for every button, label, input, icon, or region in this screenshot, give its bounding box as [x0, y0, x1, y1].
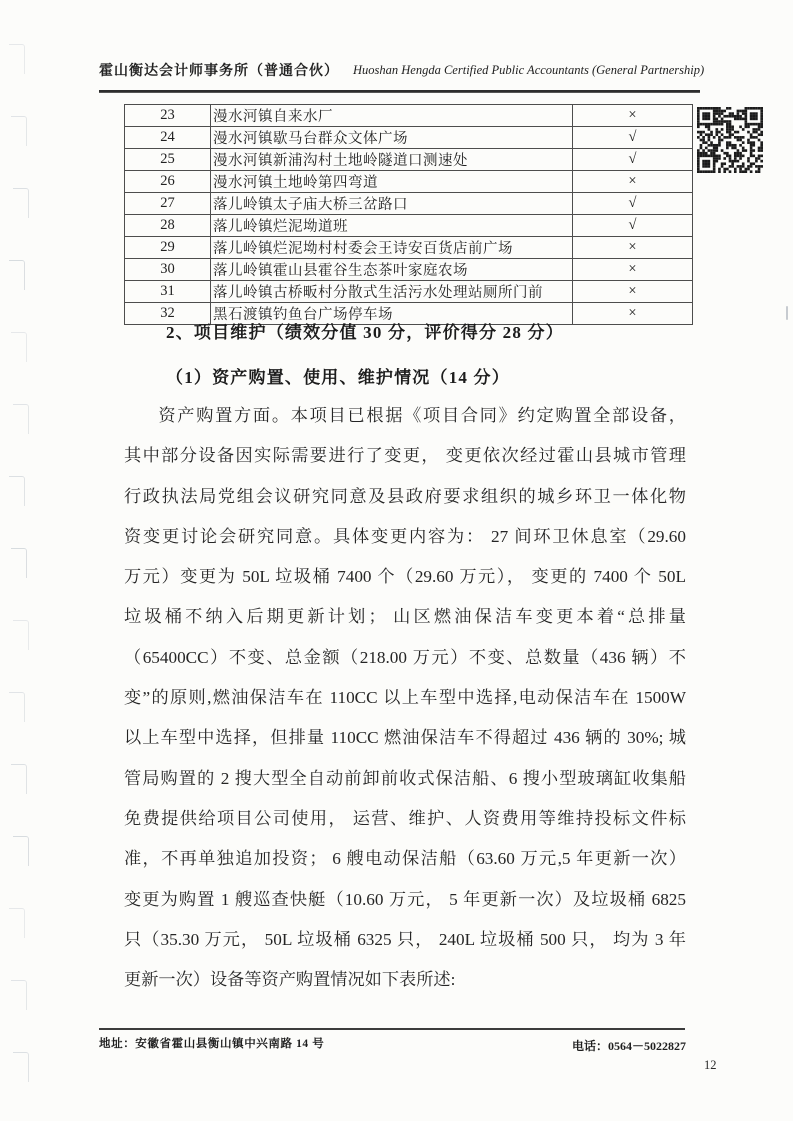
- table-row: 23漫水河镇自来水厂×: [125, 105, 693, 127]
- paragraph-line: 行政执法局党组会议研究同意及县政府要求组织的城乡环卫一体化物: [124, 477, 686, 517]
- result-mark: √: [573, 149, 693, 171]
- paragraph-line: 资产购置方面。本项目已根据《项目合同》约定购置全部设备，: [124, 396, 686, 436]
- row-number: 24: [125, 127, 211, 149]
- location-name: 漫水河镇新浦沟村土地岭隧道口测速处: [211, 149, 573, 171]
- scan-binding-artifact: [13, 836, 29, 866]
- table-row: 27落儿岭镇太子庙大桥三岔路口√: [125, 193, 693, 215]
- paragraph-line: 以上车型中选择，但排量 110CC 燃油保洁车不得超过 436 辆的 30%; …: [124, 718, 686, 758]
- scan-binding-artifact: [13, 620, 29, 650]
- scan-binding-artifact: [11, 548, 27, 578]
- paragraph-line: 变”的原则,燃油保洁车在 110CC 以上车型中选择,电动保洁车在 1500W: [124, 678, 686, 718]
- body-paragraph: 资产购置方面。本项目已根据《项目合同》约定购置全部设备， 其中部分设备因实际需要…: [124, 396, 686, 1000]
- paragraph-line: 更新一次）设备等资产购置情况如下表所述:: [124, 960, 686, 1000]
- result-mark: √: [573, 127, 693, 149]
- location-name: 落儿岭镇霍山县霍谷生态茶叶家庭农场: [211, 259, 573, 281]
- row-number: 23: [125, 105, 211, 127]
- location-name: 落儿岭镇烂泥坳村村委会王诗安百货店前广场: [211, 237, 573, 259]
- qr-code-icon: [697, 107, 763, 173]
- footer-address: 地址：安徽省霍山县衡山镇中兴南路 14 号: [99, 1035, 324, 1051]
- table-row: 31落儿岭镇古桥畈村分散式生活污水处理站厕所门前×: [125, 281, 693, 303]
- location-name: 落儿岭镇古桥畈村分散式生活污水处理站厕所门前: [211, 281, 573, 303]
- result-mark: √: [573, 193, 693, 215]
- scan-binding-artifact: [11, 764, 27, 794]
- paragraph-line: 万元）变更为 50L 垃圾桶 7400 个（29.60 万元）， 变更的 740…: [124, 557, 686, 597]
- table-row: 25漫水河镇新浦沟村土地岭隧道口测速处√: [125, 149, 693, 171]
- scan-binding-artifact: [9, 476, 25, 506]
- table-row: 29落儿岭镇烂泥坳村村委会王诗安百货店前广场×: [125, 237, 693, 259]
- subsection-heading: （1）资产购置、使用、维护情况（14 分）: [166, 363, 510, 388]
- location-name: 落儿岭镇烂泥坳道班: [211, 215, 573, 237]
- firm-name-english: Huoshan Hengda Certified Public Accounta…: [353, 63, 704, 78]
- result-mark: ×: [573, 259, 693, 281]
- table-row: 24漫水河镇歇马台群众文体广场√: [125, 127, 693, 149]
- scan-binding-artifact: [11, 980, 27, 1010]
- scan-binding-artifact: [11, 332, 27, 362]
- paragraph-line: 免费提供给项目公司使用， 运营、维护、人资费用等维持投标文件标: [124, 799, 686, 839]
- paragraph-line: 变更为购置 1 艘巡查快艇（10.60 万元， 5 年更新一次）及垃圾桶 682…: [124, 880, 686, 920]
- table-row: 30落儿岭镇霍山县霍谷生态茶叶家庭农场×: [125, 259, 693, 281]
- paragraph-line: 资变更讨论会研究同意。具体变更内容为： 27 间环卫休息室（29.60: [124, 517, 686, 557]
- paragraph-line: 垃圾桶不纳入后期更新计划； 山区燃油保洁车变更本着“总排量: [124, 597, 686, 637]
- scan-binding-artifact: [9, 44, 25, 74]
- table-row: 28落儿岭镇烂泥坳道班√: [125, 215, 693, 237]
- paragraph-line: 管局购置的 2 搜大型全自动前卸前收式保洁船、6 搜小型玻璃缸收集船: [124, 759, 686, 799]
- table-row: 26漫水河镇土地岭第四弯道×: [125, 171, 693, 193]
- scan-binding-artifact: [11, 116, 27, 146]
- paragraph-line: 只（35.30 万元， 50L 垃圾桶 6325 只， 240L 垃圾桶 500…: [124, 920, 686, 960]
- row-number: 31: [125, 281, 211, 303]
- paragraph-line: （65400CC）不变、总金额（218.00 万元）不变、总数量（436 辆）不: [124, 638, 686, 678]
- page-number: 12: [704, 1058, 717, 1073]
- scan-binding-artifact: [9, 692, 25, 722]
- scan-binding-artifact: [9, 260, 25, 290]
- row-number: 30: [125, 259, 211, 281]
- row-number: 27: [125, 193, 211, 215]
- scan-binding-artifact: [9, 908, 25, 938]
- result-mark: ×: [573, 105, 693, 127]
- location-inspection-table: 23漫水河镇自来水厂× 24漫水河镇歇马台群众文体广场√ 25漫水河镇新浦沟村土…: [124, 104, 693, 325]
- header-divider: [99, 90, 700, 93]
- scan-binding-artifact: [13, 1052, 29, 1082]
- scan-binding-artifact: [13, 404, 29, 434]
- row-number: 29: [125, 237, 211, 259]
- scan-binding-artifact: [13, 188, 29, 218]
- result-mark: ×: [573, 171, 693, 193]
- paragraph-line: 准，不再单独追加投资； 6 艘电动保洁船（63.60 万元,5 年更新一次）: [124, 839, 686, 879]
- result-mark: ×: [573, 281, 693, 303]
- location-name: 漫水河镇歇马台群众文体广场: [211, 127, 573, 149]
- firm-name-chinese: 霍山衡达会计师事务所（普通合伙）: [99, 60, 339, 80]
- location-name: 落儿岭镇太子庙大桥三岔路口: [211, 193, 573, 215]
- footer-phone: 电话：0564－5022827: [572, 1037, 686, 1054]
- scan-edge-artifact: [786, 306, 788, 320]
- location-name: 漫水河镇土地岭第四弯道: [211, 171, 573, 193]
- result-mark: ×: [573, 237, 693, 259]
- result-mark: √: [573, 215, 693, 237]
- paragraph-line: 其中部分设备因实际需要进行了变更， 变更依次经过霍山县城市管理: [124, 436, 686, 476]
- document-page: 霍山衡达会计师事务所（普通合伙） Huoshan Hengda Certifie…: [0, 0, 793, 1121]
- row-number: 25: [125, 149, 211, 171]
- section-heading: 2、项目维护（绩效分值 30 分，评价得分 28 分）: [166, 318, 564, 343]
- footer-divider: [99, 1028, 685, 1030]
- row-number: 26: [125, 171, 211, 193]
- row-number: 28: [125, 215, 211, 237]
- location-name: 漫水河镇自来水厂: [211, 105, 573, 127]
- result-mark: ×: [573, 303, 693, 325]
